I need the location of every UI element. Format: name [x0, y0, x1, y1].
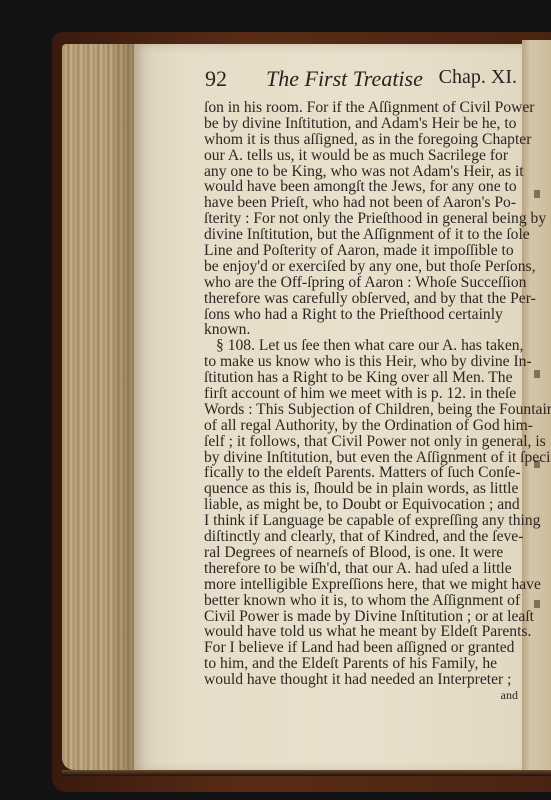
text-line: known.: [204, 322, 518, 338]
catchword: and: [204, 688, 518, 704]
text-line: be by divine Inſtitution, and Adam's Hei…: [204, 116, 518, 132]
text-line: therefore to be wiſh'd, that our A. had …: [204, 561, 518, 577]
text-line: firſt account of him we meet with is p. …: [204, 386, 518, 402]
text-line: more intelligible Expreſſions here, that…: [204, 577, 518, 593]
page-body: ſon in his room. For if the Aſſignment o…: [204, 100, 518, 704]
page-header: 92 The First Treatise Chap. XI.: [205, 66, 517, 94]
bleed-mark: [534, 370, 540, 378]
text-line: to make us know who is this Heir, who by…: [204, 354, 518, 370]
text-line: would have been amongſt the Jews, for an…: [204, 179, 518, 195]
text-line: by divine Inſtitution, but even the Aſſi…: [204, 450, 518, 466]
text-line: ſtitution has a Right to be King over al…: [204, 370, 518, 386]
page-bottom-edge: [62, 770, 551, 776]
text-line: ſterity : For not only the Prieſthood in…: [204, 211, 518, 227]
text-line: Words : This Subjection of Children, bei…: [204, 402, 518, 418]
text-line: diſtinctly and clearly, that of Kindred,…: [204, 529, 518, 545]
text-line: ſelf ; it follows, that Civil Power not …: [204, 434, 518, 450]
text-line: who are the Off-ſpring of Aaron : Whoſe …: [204, 275, 518, 291]
text-line: better known who it is, to whom the Aſſi…: [204, 593, 518, 609]
text-line: therefore was carefully obſerved, and by…: [204, 291, 518, 307]
text-line: have been Prieſt, who had not been of Aa…: [204, 195, 518, 211]
page-block-edge: [62, 44, 136, 770]
text-line: fically to the eldeſt Parents. Matters o…: [204, 465, 518, 481]
page-number: 92: [205, 66, 227, 92]
text-line: to him, and the Eldeſt Parents of his Fa…: [204, 656, 518, 672]
text-line: of all regal Authority, by the Ordinatio…: [204, 418, 518, 434]
text-line: Line and Poſterity of Aaron, made it imp…: [204, 243, 518, 259]
chapter-label: Chap. XI.: [439, 66, 517, 89]
text-line: be enjoy'd or exerciſed by any one, but …: [204, 259, 518, 275]
section-start-line: § 108. Let us ſee then what care our A. …: [204, 338, 518, 354]
text-line: would have thought it had needed an Inte…: [204, 672, 518, 688]
text-line: ſons who had a Right to the Prieſthood c…: [204, 307, 518, 323]
text-line: For I believe if Land had been aſſigned …: [204, 640, 518, 656]
bleed-mark: [534, 190, 540, 198]
text-line: I think if Language be capable of expreſ…: [204, 513, 518, 529]
text-line: whom it is thus aſſigned, as in the fore…: [204, 132, 518, 148]
text-line: quence as this is, ſhould be in plain wo…: [204, 481, 518, 497]
text-line: any one to be King, who was not Adam's H…: [204, 164, 518, 180]
text-line: liable, as might be, to Doubt or Equivoc…: [204, 497, 518, 513]
running-title: The First Treatise: [266, 66, 423, 92]
text-line: our A. tells us, it would be as much Sac…: [204, 148, 518, 164]
bleed-mark: [534, 600, 540, 608]
text-line: would have told us what he meant by Elde…: [204, 624, 518, 640]
text-line: divine Inſtitution, but the Aſſignment o…: [204, 227, 518, 243]
text-line: Civil Power is made by Divine Inſtitutio…: [204, 609, 518, 625]
text-line: ſon in his room. For if the Aſſignment o…: [204, 100, 518, 116]
text-line: ral Degrees of nearneſs of Blood, is one…: [204, 545, 518, 561]
